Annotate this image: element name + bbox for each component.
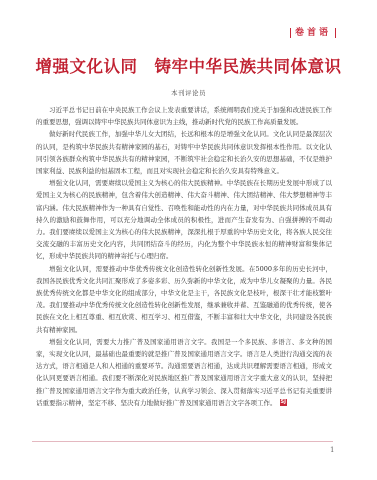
- paragraph: 习近平总书记日前在中央民族工作会议上发表重要讲话，系统阐明我们党关于加强和改进民…: [36, 104, 332, 128]
- paragraph: 增强文化认同，需要推动中华优秀传统文化创造性转化创新性发展。在5000多年的历史…: [36, 263, 332, 336]
- paragraph: 增强文化认同，需要赓续以爱国主义为核心的伟大民族精神。中华民族在长期历史发展中形…: [36, 177, 332, 262]
- article-body: 习近平总书记日前在中央民族工作会议上发表重要讲话，系统阐明我们党关于加强和改进民…: [36, 104, 332, 409]
- section-tag: 卷首语: [290, 28, 336, 38]
- article-byline: 本刊评论员: [0, 88, 377, 97]
- footer-divider: [32, 441, 333, 442]
- paragraph: 增强文化认同，需要大力推广普及国家通用语言文字。我国是一个多民族、多语言、多文种…: [36, 336, 332, 409]
- end-mark-icon: SJ: [280, 399, 287, 406]
- article-title: 增强文化认同 铸牢中华民族共同体意识: [0, 57, 377, 77]
- paragraph-text: 增强文化认同，需要大力推广普及国家通用语言文字。我国是一个多民族、多语言、多文种…: [36, 338, 332, 407]
- paragraph: 做好新时代民族工作，加强中华儿女大团结，长远和根本的是增强文化认同。文化认同是最…: [36, 128, 332, 177]
- page-number: 1: [330, 446, 334, 454]
